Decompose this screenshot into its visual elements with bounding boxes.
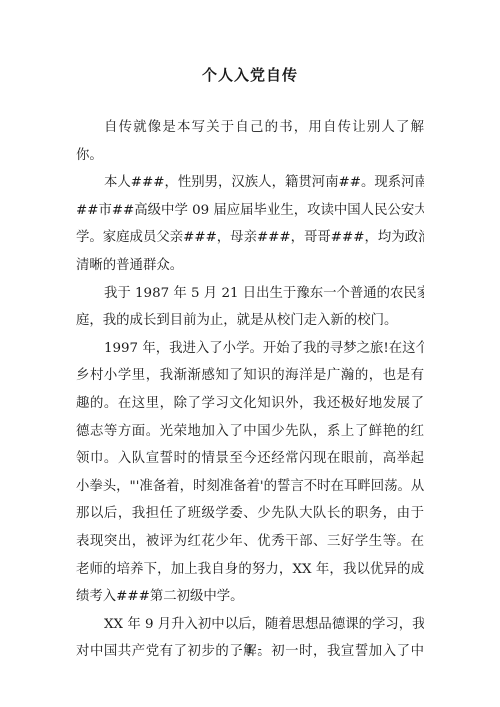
paragraph: 我于 1987 年 5 月 21 日出生于豫东一个普通的农民家 庭，我的成长到目… — [76, 280, 424, 335]
text-line: 1997 年，我进入了小学。开始了我的寻梦之旅!在这个 — [76, 335, 424, 363]
page-number: - 1 - — [0, 642, 500, 656]
paragraph: XX 年 9 月升入初中以后，随着思想品德课的学习，我 对中国共产党有了初步的了… — [76, 611, 424, 666]
text-line: 乡村小学里，我渐渐感知了知识的海洋是广瀚的，也是有 — [76, 362, 424, 390]
document-body: 自传就像是本写关于自己的书，用自传让别人了解 你。 本人###，性别男，汉族人，… — [76, 114, 424, 666]
text-line: 庭，我的成长到目前为止，就是从校门走入新的校门。 — [76, 307, 424, 335]
text-line: 趣的。在这里，除了学习文化知识外，我还极好地发展了 — [76, 390, 424, 418]
text-line: 你。 — [76, 142, 424, 170]
paragraph: 本人###，性别男，汉族人，籍贯河南##。现系河南省 ##市##高级中学 09 … — [76, 169, 424, 279]
text-line: ##市##高级中学 09 届应届毕业生，攻读中国人民公安大 — [76, 197, 424, 225]
text-line: 学。家庭成员父亲###，母亲###，哥哥###，均为政治背景 — [76, 224, 424, 252]
paragraph: 自传就像是本写关于自己的书，用自传让别人了解 你。 — [76, 114, 424, 169]
text-line: 我于 1987 年 5 月 21 日出生于豫东一个普通的农民家 — [76, 280, 424, 308]
text-line: 绩考入###第二初级中学。 — [76, 583, 424, 611]
text-line: XX 年 9 月升入初中以后，随着思想品德课的学习，我 — [76, 611, 424, 639]
text-line: 小拳头，"'准备着，时刻准备着'的誓言不时在耳畔回荡。从 — [76, 473, 424, 501]
text-line: 那以后，我担任了班级学委、少先队大队长的职务，由于 — [76, 500, 424, 528]
text-line: 表现突出，被评为红花少年、优秀干部、三好学生等。在 — [76, 528, 424, 556]
text-line: 本人###，性别男，汉族人，籍贯河南##。现系河南省 — [76, 169, 424, 197]
paragraph: 1997 年，我进入了小学。开始了我的寻梦之旅!在这个 乡村小学里，我渐渐感知了… — [76, 335, 424, 611]
text-line: 领巾。入队宣誓时的情景至今还经常闪现在眼前，高举起 — [76, 445, 424, 473]
text-line: 自传就像是本写关于自己的书，用自传让别人了解 — [76, 114, 424, 142]
document-title: 个人入党自传 — [0, 64, 500, 85]
text-line: 清晰的普通群众。 — [76, 252, 424, 280]
text-line: 德志等方面。光荣地加入了中国少先队，系上了鲜艳的红 — [76, 418, 424, 446]
text-line: 老师的培养下，加上我自身的努力，XX 年，我以优异的成 — [76, 556, 424, 584]
